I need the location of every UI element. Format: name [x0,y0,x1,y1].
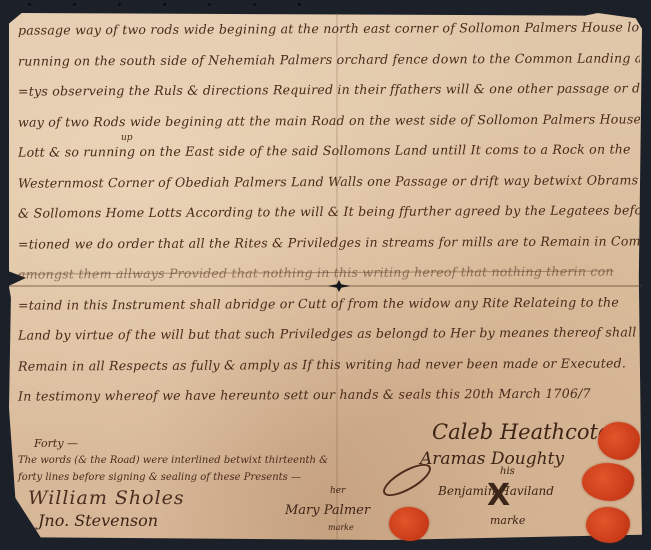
signature-caleb-heathcote: Caleb Heathcote [432,420,610,444]
mark-label-marke: marke [490,514,525,527]
mark-label-his: his [500,466,515,477]
body-line: way of two Rods wide begining att the ma… [18,104,640,138]
signature-aramas-doughty: Aramas Doughty [420,449,564,469]
wax-seal [598,422,640,460]
binder-dot [118,3,121,6]
mark-label-marke: marke [328,523,354,532]
interlineation-mark: up [121,133,133,143]
binder-dot [73,3,76,6]
body-line: running on the south side of Nehemiah Pa… [18,43,640,77]
signature-mary-palmer: Mary Palmer [285,503,370,518]
body-line: Land by virtue of the will but that such… [18,317,640,351]
binder-dot [208,3,211,6]
attestation-forty: Forty — [34,437,78,450]
attestation-note-line: The words (& the Road) were interlined b… [18,455,328,466]
binder-dot [253,3,256,6]
witness-signature: William Sholes [28,487,185,509]
body-line: & Sollomons Home Lotts According to the … [18,195,640,229]
body-line: =tys observeing the Ruls & directions Re… [18,73,640,107]
body-line: Remain in all Respects as fully & amply … [18,348,640,382]
testimony-line: In testimony whereof we have hereunto se… [18,378,640,412]
wax-seal [582,463,634,501]
struck-through-line: amongst them allways Provided that nothi… [18,256,640,290]
x-mark-icon: X [487,478,510,513]
witness-signature: Jno. Stevenson [38,511,158,530]
body-line: passage way of two rods wide begining at… [18,12,640,46]
attestation-note-line: forty lines before signing & sealing of … [18,472,301,483]
body-line: Westernmost Corner of Obediah Palmers La… [18,165,640,199]
body-line: =tioned we do order that all the Rites &… [18,226,640,260]
binder-dot [298,3,301,6]
wax-seal [389,507,429,541]
document-body: passage way of two rods wide begining at… [18,14,640,411]
mark-label-her: her [330,486,345,496]
binder-dot [163,3,166,6]
binder-dot [28,3,31,6]
wax-seal [586,507,630,543]
body-line: Lott & so running on the East side of th… [18,134,640,168]
body-line: =taind in this Instrument shall abridge … [18,287,640,321]
